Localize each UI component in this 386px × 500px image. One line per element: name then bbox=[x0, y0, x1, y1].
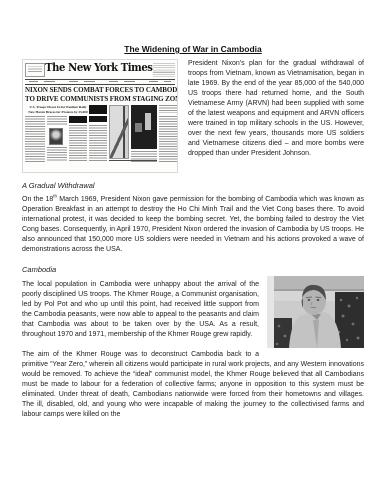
newspaper-ear-right bbox=[153, 63, 175, 77]
section-heading-gradual-withdrawal: A Gradual Withdrawal bbox=[22, 181, 364, 190]
newspaper-ear-left bbox=[25, 63, 45, 77]
newspaper-text-column bbox=[69, 125, 87, 162]
newspaper-text-column bbox=[159, 116, 177, 162]
pol-pot-photo bbox=[267, 276, 364, 348]
section-heading-cambodia: Cambodia bbox=[22, 265, 364, 274]
newspaper-subheadline: U.S. Troops Flown In for Panther Rally N… bbox=[25, 105, 91, 114]
newspaper-map-photo bbox=[109, 105, 129, 159]
paragraph-khmer-rouge-rise: The local population in Cambodia were un… bbox=[22, 280, 364, 340]
newspaper-masthead: The New York Times bbox=[45, 61, 152, 78]
page-title: The Widening of War in Cambodia bbox=[22, 44, 364, 54]
newspaper-headline-line1: NIXON SENDS COMBAT FORCES TO CAMBODIA bbox=[25, 86, 175, 94]
newspaper-masthead-row: The New York Times bbox=[25, 62, 175, 78]
document-page: The Widening of War in Cambodia The New … bbox=[0, 0, 386, 500]
newspaper-headline-box bbox=[89, 116, 107, 122]
paragraph-bombing: On the 18th March 1969, President Nixon … bbox=[22, 195, 364, 255]
newspaper-nixon-photo bbox=[131, 105, 157, 149]
newspaper-portrait-photo bbox=[49, 128, 63, 145]
intro-row: The New York Times NIXON SENDS COMBAT FO… bbox=[22, 59, 364, 173]
newspaper-text-column bbox=[89, 125, 107, 162]
newspaper-text-column bbox=[159, 105, 177, 113]
newspaper-text-column bbox=[131, 151, 157, 162]
newspaper-image: The New York Times NIXON SENDS COMBAT FO… bbox=[22, 59, 178, 173]
newspaper-rule bbox=[25, 84, 175, 85]
newspaper-dateline bbox=[29, 80, 171, 83]
newspaper-headline-line2: TO DRIVE COMMUNISTS FROM STAGING ZONE bbox=[25, 95, 175, 103]
intro-paragraph: President Nixon's plan for the gradual w… bbox=[188, 59, 364, 159]
newspaper-columns: U.S. Troops Flown In for Panther Rally N… bbox=[25, 105, 175, 163]
newspaper-text-column bbox=[47, 116, 67, 126]
newspaper-text-column bbox=[25, 116, 45, 162]
newspaper-headline-box bbox=[69, 116, 87, 123]
newspaper-headline-box bbox=[89, 105, 107, 114]
newspaper-text-column bbox=[47, 147, 67, 162]
paragraph-year-zero: The aim of the Khmer Rouge was to decons… bbox=[22, 350, 364, 420]
